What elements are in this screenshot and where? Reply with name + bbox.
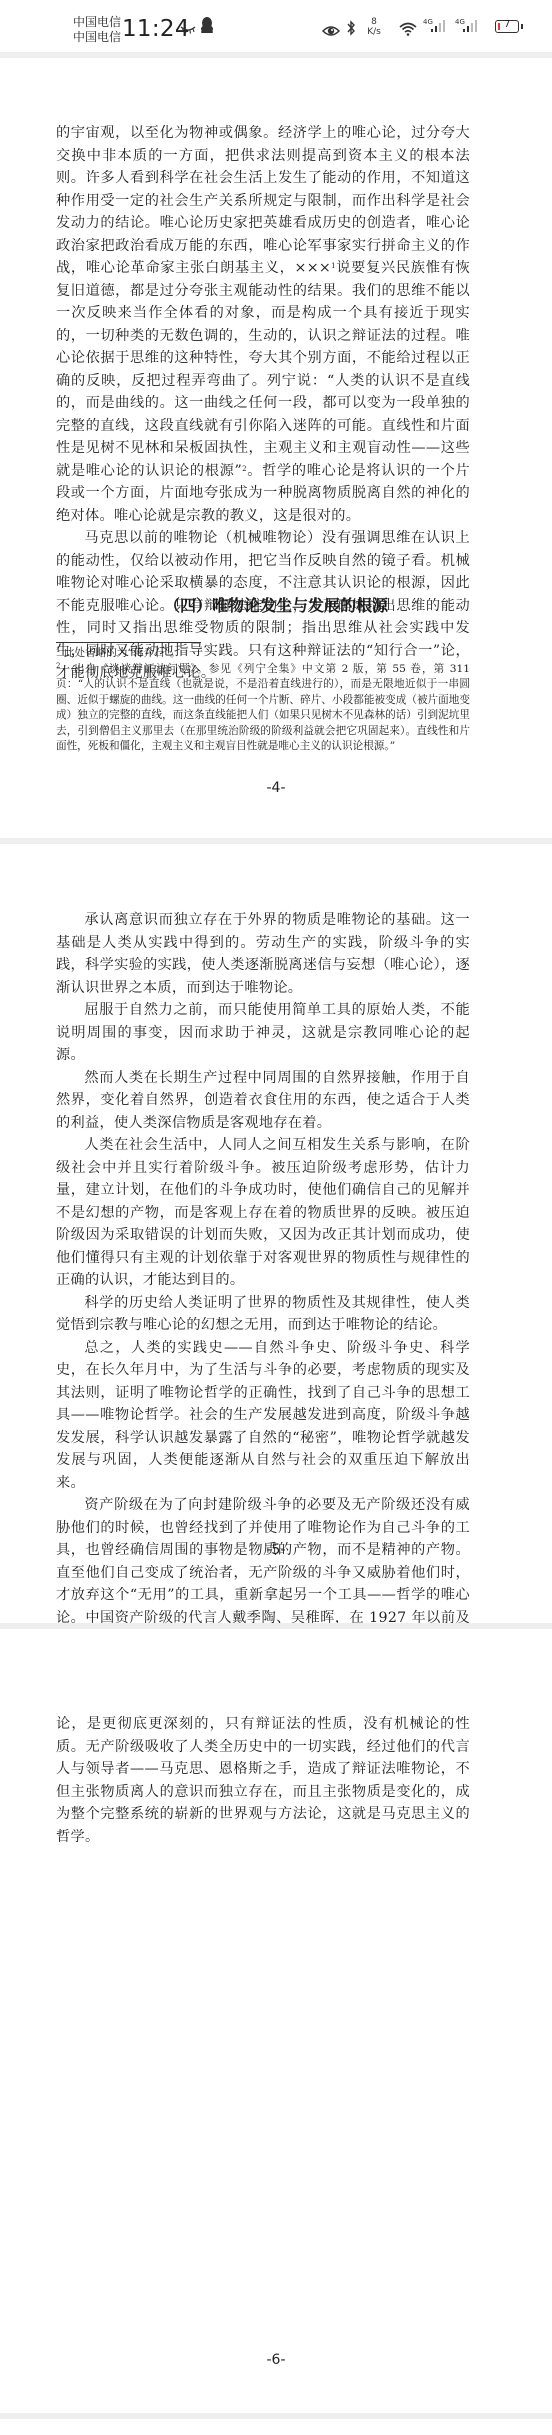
- page-number: -4-: [0, 780, 552, 796]
- net-speed-value: 8: [366, 17, 382, 27]
- carrier-labels: 中国电信 中国电信: [73, 15, 121, 45]
- carrier-1: 中国电信: [73, 15, 121, 30]
- document-page-5: 承认离意识而独立存在于外界的物质是唯物论的基础。这一基础是人类从实践中得到的。劳…: [0, 844, 552, 1623]
- battery-tip: [521, 24, 523, 29]
- eye-icon: [322, 22, 340, 41]
- document-page-4: 的宇宙观，以至化为物神或偶象。经济学上的唯心论，过分夸大交换中非本质的一方面，把…: [0, 58, 552, 838]
- page-body: 承认离意识而独立存在于外界的物质是唯物论的基础。这一基础是人类从实践中得到的。劳…: [56, 909, 470, 1742]
- wifi-icon: [399, 21, 417, 40]
- battery-fill: [498, 23, 500, 30]
- page-separator: [0, 2413, 552, 2419]
- footnote-1: 1 此处省略的为“蒋介石”。: [56, 646, 470, 662]
- paragraph: 的宇宙观，以至化为物神或偶象。经济学上的唯心论，过分夸大交换中非本质的一方面，把…: [56, 122, 470, 527]
- net-speed-unit: K/s: [366, 27, 382, 37]
- paragraph: 然而人类在长期生产过程中同周围的自然界接触，作用于自然界，变化着自然界，创造着衣…: [56, 1067, 470, 1135]
- section-heading: （四）唯物论发生与发展的根源: [0, 595, 552, 617]
- qq-penguin-icon: [200, 16, 214, 38]
- footnote-divider: [56, 642, 201, 643]
- paragraph: 屈服于自然力之前，而只能使用简单工具的原始人类，不能说明周围的事变，因而求助于神…: [56, 999, 470, 1067]
- paragraph: 论，是更彻底更深刻的，只有辩证法的性质，没有机械论的性质。无产阶级吸收了人类全历…: [56, 1713, 470, 1848]
- eye-closed-icon: [180, 20, 196, 39]
- footnotes: 1 此处省略的为“蒋介石”。 2 出自《谈谈辩证法问题》。参见《列宁全集》中文第…: [56, 646, 470, 755]
- page-number: -5-: [0, 1542, 552, 1558]
- paragraph: 总之，人类的实践史——自然斗争史、阶级斗争史、科学史，在长久年月中，为了生活与斗…: [56, 1337, 470, 1495]
- paragraph: 科学的历史给人类证明了世界的物质性及其规律性，使人类觉悟到宗教与唯心论的幻想之无…: [56, 1292, 470, 1337]
- net-speed: 8 K/s: [366, 17, 382, 37]
- paragraph: 人类在社会生活中，人同人之间互相发生关系与影响，在阶级社会中并且实行着阶级斗争。…: [56, 1134, 470, 1292]
- paragraph: 承认离意识而独立存在于外界的物质是唯物论的基础。这一基础是人类从实践中得到的。劳…: [56, 909, 470, 999]
- page-body: 论，是更彻底更深刻的，只有辩证法的性质，没有机械论的性质。无产阶级吸收了人类全历…: [56, 1713, 470, 1848]
- battery-icon: 7: [495, 20, 519, 33]
- status-bar: 中国电信 中国电信 11:24 8 K/s 4G 4G 7: [0, 0, 552, 52]
- footnote-2: 2 出自《谈谈辩证法问题》。参见《列宁全集》中文第 2 版，第 55 卷，第 3…: [56, 662, 470, 755]
- document-page-6: 论，是更彻底更深刻的，只有辩证法的性质，没有机械论的性质。无产阶级吸收了人类全历…: [0, 1629, 552, 2413]
- battery-level: 7: [504, 19, 510, 30]
- bluetooth-icon: [346, 20, 356, 40]
- carrier-2: 中国电信: [73, 30, 121, 45]
- page-number: -6-: [0, 2352, 552, 2368]
